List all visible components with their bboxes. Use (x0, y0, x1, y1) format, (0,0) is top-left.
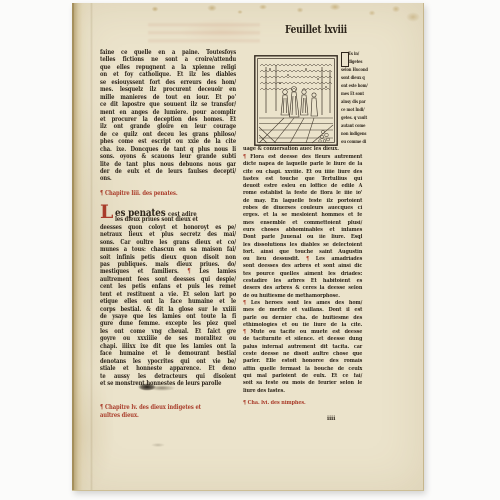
text-line: de may. En laquelle feste ilz portoient (243, 198, 362, 205)
paragraph-heroes: ¶ Les heroes sont les ames des hom/mes d… (243, 300, 362, 329)
text-line: mes. lesquelz ilz procurent deceuoir en (100, 86, 236, 93)
text-line: ilz ont grande gloire en leur courage (100, 123, 236, 130)
text-line: selon Hucond (341, 67, 368, 75)
rubric-pilcrow: ¶ (243, 400, 246, 406)
text-line: ¶ Les heroes sont les ames des hom/ (243, 300, 362, 307)
text-line: ment en anges de lumiere. pour acomplir (100, 109, 236, 116)
text-line: affin quelle fermast la bouche de ceulx (243, 366, 362, 373)
text-line: uage & conuersation auec les dieux. (243, 146, 362, 153)
text-line: denotans les ypocrites qui ont vie be/ (100, 358, 236, 365)
penates-paragraph-start: L es penatescest adire les dieux priues … (100, 205, 236, 223)
text-line: mestiques et familiers. ¶ Les lamies (100, 268, 236, 275)
text-line: eurs choses abhominables et infames (243, 227, 362, 234)
text-line: parle ou dernier cha. de huitiesme des (243, 315, 362, 322)
woodcut-illustration (254, 55, 338, 146)
text-line: faine ce quelle en a paine. Toutesfoys (100, 49, 236, 56)
text-line: de taciturnite et silence. et deesse dun… (243, 336, 362, 343)
penates-first-lines: es penatescest adire les dieux priues so… (115, 205, 241, 223)
text-line: Dont parle Juuenal ou iie liure. Esql (243, 234, 362, 241)
chapter-53-heading: ¶ Chapitre liii. des penates. (100, 190, 236, 197)
rubric-pilcrow: ¶ (243, 154, 246, 160)
text-line: non indigens (341, 131, 368, 139)
text-line: fastes est touche que Tertullius qui (243, 176, 362, 183)
text-line: tes pource quelles aiment les driades: (243, 271, 362, 278)
text-line: goyre ou xxxiiiie de ses moralitez ou (100, 335, 236, 342)
text-line: mes de merite et vaillans. Dont il est (243, 307, 362, 314)
text-line: face humaine et le demourant bestial (100, 350, 236, 357)
text-line: de ou huitiesme de methamorphose. (243, 293, 362, 300)
text-line: sons. Car oultre les grans dieux et co/ (100, 239, 236, 246)
rubric-pilcrow: ¶ (100, 190, 103, 197)
text-line: on et foy catholique. Et ilz les diables (100, 71, 236, 78)
paper-fold-line (90, 3, 93, 490)
text-line: tent et restituent a vie. Et selon lart … (100, 291, 236, 298)
paper-sheet: Feuillet lxviii faine ce quelle en a pai… (72, 3, 424, 491)
text-line: cha. ixe. Doncques de tant q plus nous l… (100, 146, 236, 153)
text-line: rome establist la feste de flora le iiie… (243, 190, 362, 197)
text-line: et procurer la deception des homes. Et (100, 116, 236, 123)
text-line: digetes (341, 59, 375, 67)
right-text-column: Es in/digetesselon Hucondsont dieux qont… (243, 48, 362, 407)
text-line: liure des fastes. (243, 388, 362, 395)
rubric-pilcrow: ¶ (243, 300, 246, 306)
text-line: robes de diuerses couleurs auecques ci (243, 205, 362, 212)
text-line: ceste deesse ne disoit aultre chose que (243, 351, 362, 358)
text-line: netraux lieux et plus secretz des mai/ (100, 231, 236, 238)
text-line: der de eulx et de leurs faulses decepti/ (100, 168, 236, 175)
paragraph-flora: ¶ Flora est deesse des fleurs autrementd… (243, 154, 362, 300)
text-line: palus infernal autrement dit tacita. car (243, 344, 362, 351)
text-line: mes Et sont (341, 91, 368, 99)
text-line: ont este hom/ (341, 83, 368, 91)
text-line: que elles repugnent a la xpienne religi (100, 64, 236, 71)
text-line: parler. Elle estoit honoree des romais (243, 358, 362, 365)
text-line: mille manieres de tout en iour. Et po' (100, 94, 236, 101)
left-text-column: faine ce quelle en a paine. Toutesfoyste… (100, 49, 236, 419)
indigetes-section: Es in/digetesselon Hucondsont dieux qont… (243, 48, 362, 154)
text-line: ¶ Flora est deesse des fleurs autrement (243, 154, 362, 161)
text-line: chapi. iiiixx ixe dit que les lamies ont… (100, 343, 236, 350)
rubric-pilcrow: ¶ (100, 404, 103, 411)
rubric-pilcrow: ¶ (243, 329, 246, 335)
folio-header: Feuillet lxviii (285, 22, 347, 36)
text-line: aultres dieux. (100, 412, 236, 419)
text-line: sons. oyons & scauons leur grande subti (100, 153, 236, 160)
text-line: telles fictions ne sont a croire/attendu (100, 56, 236, 63)
text-line: ¶ Cha. lvi. des nimphes. (243, 400, 362, 407)
text-line: stiale et honneste apparence. Et deno (100, 365, 236, 372)
text-line: soit infinis petis dieux quon disoit non (100, 254, 236, 261)
text-line: de ce quilz ont deceu les grans philoso/ (100, 131, 236, 138)
text-line: deesses quon coloyt et honoroyt es pe/ (100, 224, 236, 231)
text-line: fort. ainsi que touche saint Augustin (243, 249, 362, 256)
paragraph-penates-lamies: deesses quon coloyt et honoroyt es pe/ne… (100, 224, 236, 388)
text-line: cestadire les arbres Et habitoient es (243, 278, 362, 285)
text-line: etique elles ont la face humaine et le (100, 298, 236, 305)
text-line: lite de tant plus nous debuons nous gar (100, 161, 236, 168)
rubricated-initial-L: L (100, 203, 113, 222)
deckle-edge (72, 3, 88, 490)
text-line: les ont come vng cheual. Et faict gre (100, 328, 236, 335)
text-line: ethimologies et ou iie liure de la cite. (243, 322, 362, 329)
text-line: mes ensemble et commettoient plusi/ (243, 220, 362, 227)
text-line: ons. (100, 175, 236, 182)
text-line: ¶ Chapitre lv. des dieux indigetes et (100, 404, 236, 411)
text-line: es penatescest adire (115, 205, 241, 216)
text-line: ce dit lapostre que souuent ilz se trans… (100, 101, 236, 108)
text-line: ou lieu dessusdit. ¶ Les amadriades (243, 256, 362, 263)
text-line: se esiouyssent fort des erreurs des hom/ (100, 79, 236, 86)
text-line: phes come est escript ou xxie de la cite (100, 138, 236, 145)
text-line: desers des arbres & ceres la deesse selo… (243, 285, 362, 292)
indigetes-narrow-lines: Es in/digetesselon Hucondsont dieux qont… (341, 51, 371, 147)
paragraph-diables: faine ce quelle en a paine. Toutesfoyste… (100, 49, 236, 183)
text-line: Es in/ (341, 51, 375, 59)
text-line: ¶ Chapitre liii. des penates. (100, 190, 236, 197)
text-line: te aussy les detracteurs qui disoient (100, 373, 236, 380)
signature-mark: iiii (327, 416, 335, 422)
paragraph-mute: ¶ Mute ou tacite ou muete est deessede t… (243, 329, 362, 395)
ink-blot (135, 382, 177, 393)
text-line: sont dieux q (341, 75, 368, 83)
text-line: cite ou chapi. xxviiie. Et ou iiiie liur… (243, 169, 362, 176)
text-line: pas publiques. mais dieux priues. do/ (100, 261, 236, 268)
text-line: soit sa feste ou mois de feurier selon l… (243, 380, 362, 387)
text-line: getes. q vault (341, 115, 368, 123)
text-line: munes a tous: chascun en sa maison fai/ (100, 246, 236, 253)
text-line: ce mot Indi/ (341, 107, 368, 115)
rubric-pilcrow: ¶ (187, 268, 190, 275)
text-line: sont deesses des arbres et sont ainsi di… (243, 263, 362, 270)
chapter-55-heading: ¶ Chapitre lv. des dieux indigetes etaul… (100, 404, 236, 419)
text-line: aultrement fees sont deesses qui despie/ (100, 276, 236, 283)
text-line: les dissolutions les diables se delectoi… (243, 242, 362, 249)
text-line: erges. et la se mesloient hommes et fe (243, 212, 362, 219)
ink-bleedthrough-ghost (148, 23, 260, 47)
text-line: qui mal parloient de eulx. Et ce fai/ (243, 373, 362, 380)
text-line: de ysaye que les lamies ont toute la fi (100, 313, 236, 320)
text-line: cent les petis enfans et puis les remet (100, 283, 236, 290)
text-line: gure dune femme. excepte les piez quel (100, 320, 236, 327)
text-line: ainsy dis par (341, 99, 368, 107)
rubric-pilcrow: ¶ (306, 256, 309, 262)
text-line: corps bestial. & dit la glose sur le xxi… (100, 306, 236, 313)
text-line: deuoit estre esleu en loffice de edile A (243, 183, 362, 190)
text-line: les dieux priues sont dieux et (115, 216, 241, 223)
text-line: ¶ Mute ou tacite ou muete est deesse (243, 329, 362, 336)
chapter-56-heading: ¶ Cha. lvi. des nimphes. (243, 400, 362, 407)
text-line: autant come (341, 123, 368, 131)
photographed-incunable-page: { "palette": { "paper": "#ebe3cb", "ink"… (0, 0, 500, 500)
text-line: dicte napea de laquelle parle le liure d… (243, 161, 362, 168)
